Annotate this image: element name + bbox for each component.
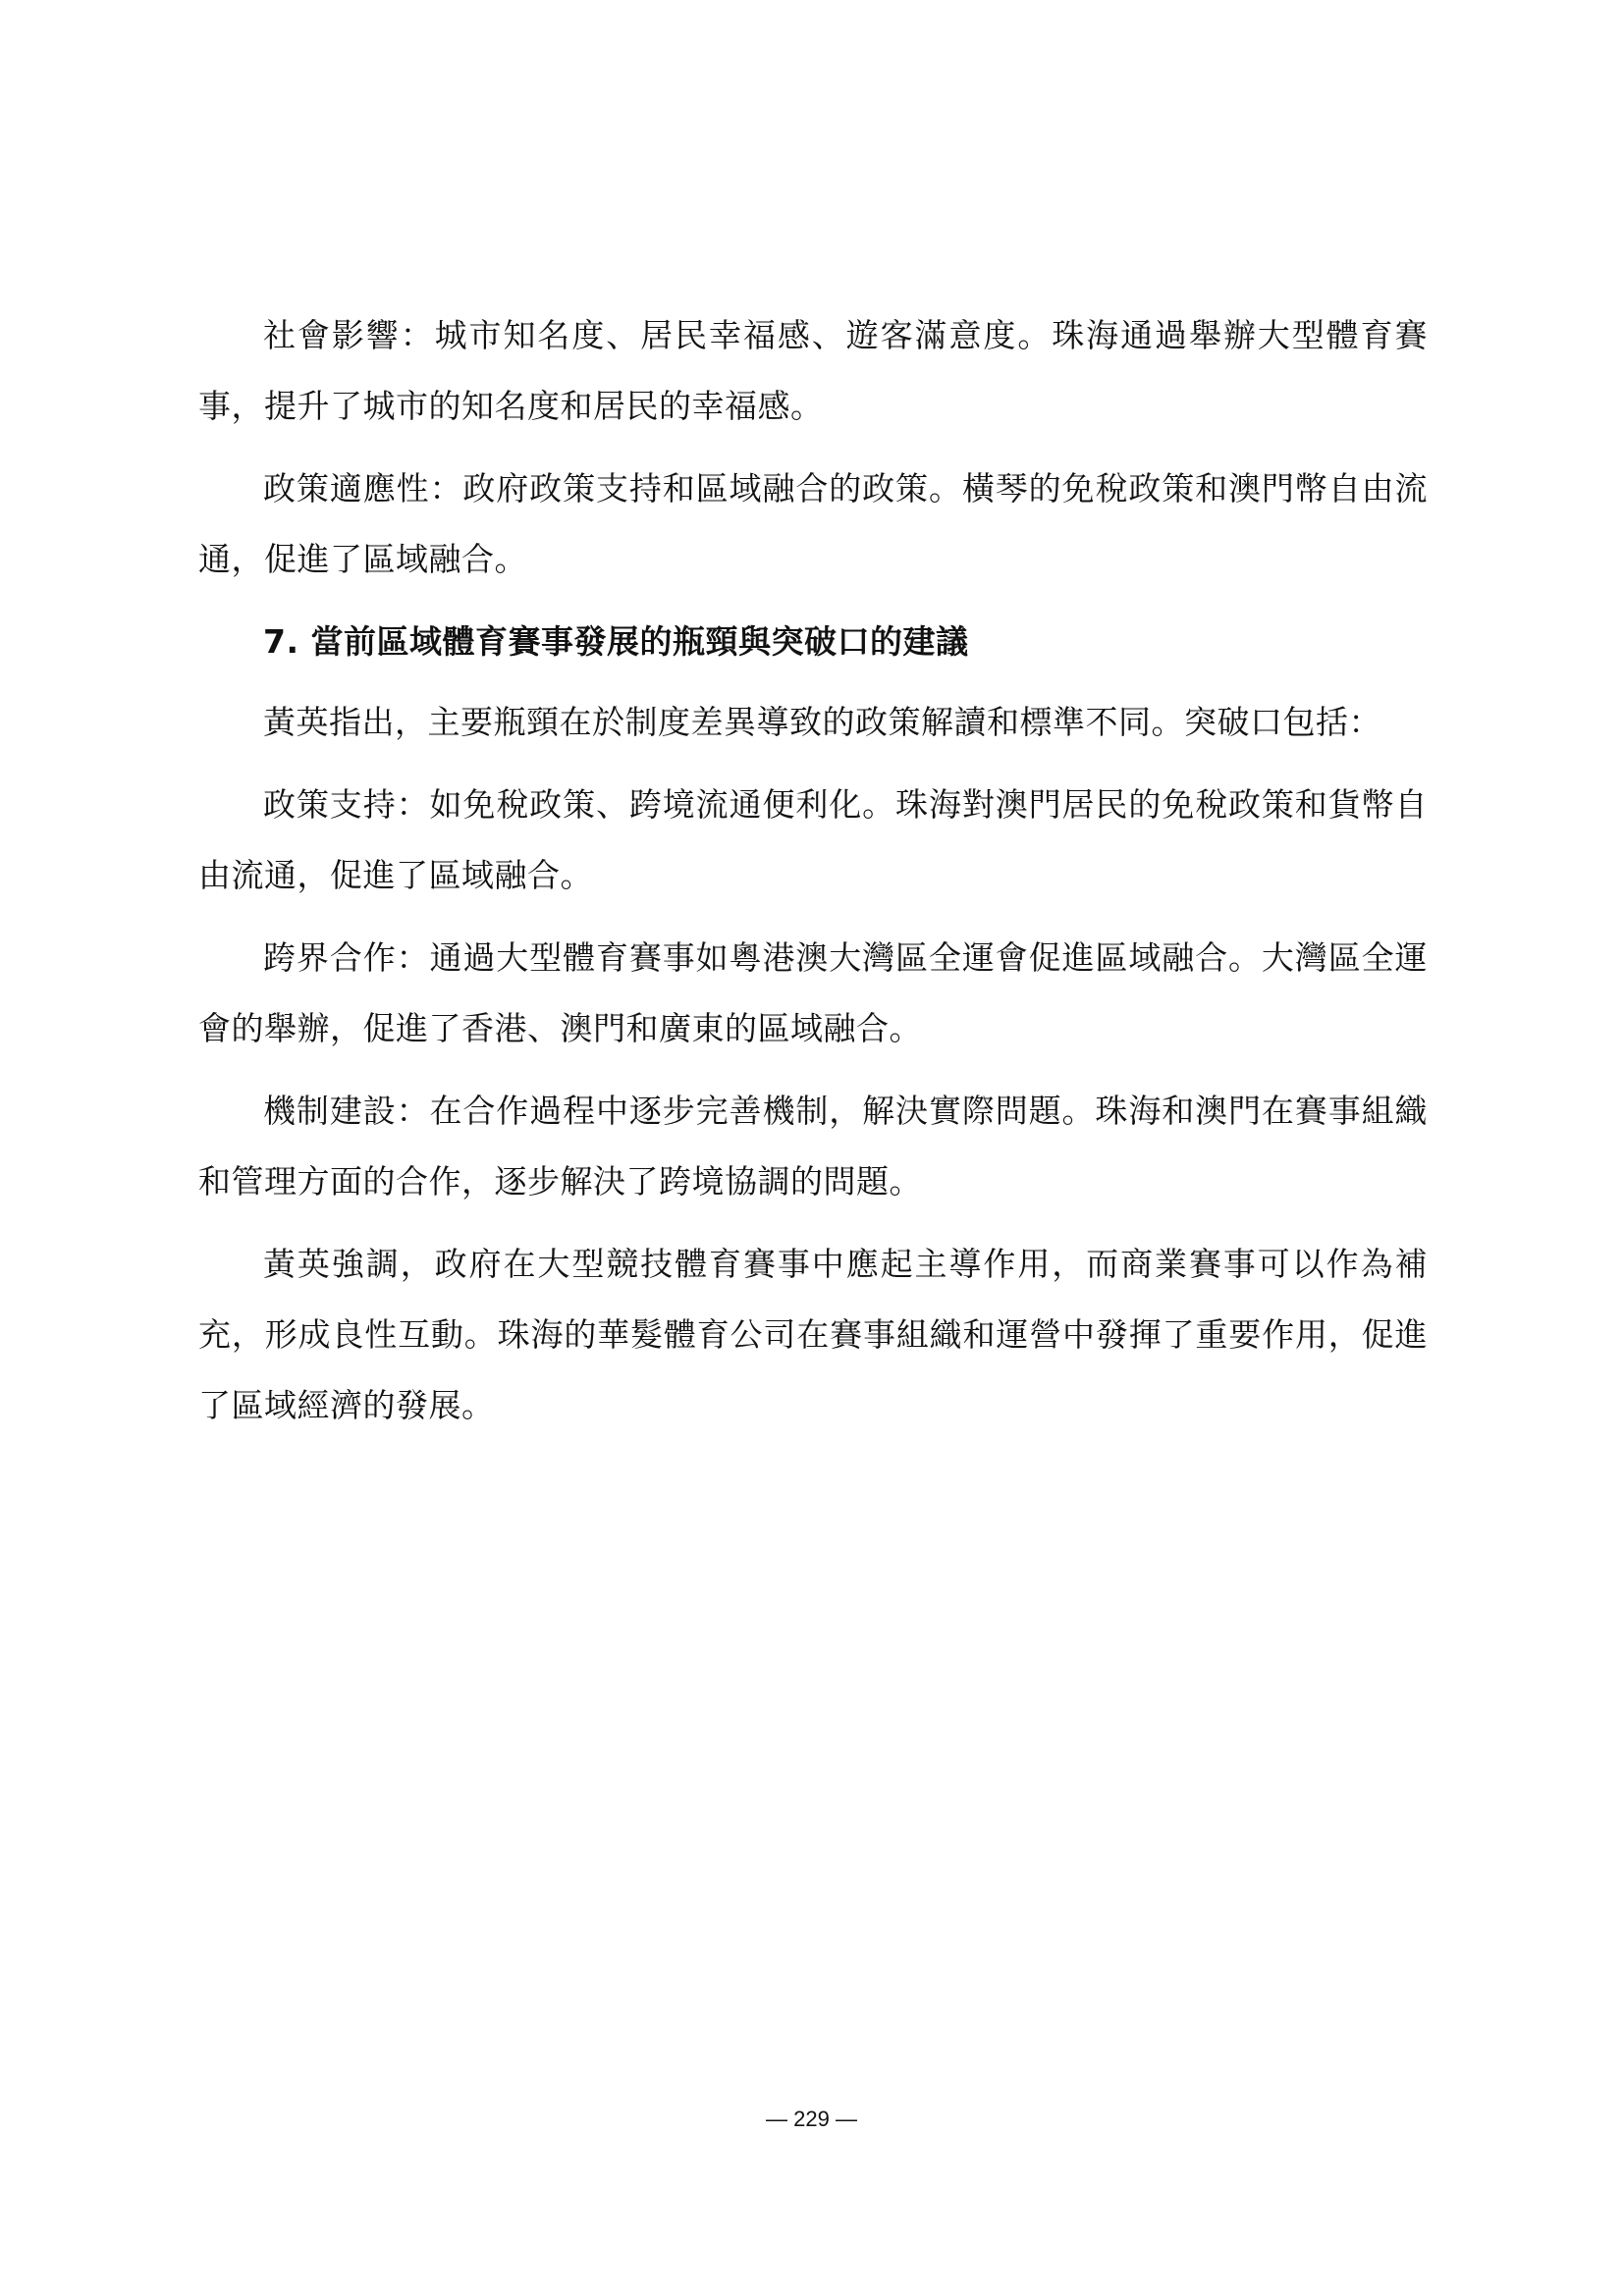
page-number: — 229 — (0, 2107, 1623, 2132)
page-body: 社會影響：城市知名度、居民幸福感、遊客滿意度。珠海通過舉辦大型體育賽事，提升了城… (198, 300, 1428, 1453)
paragraph-mechanism-building: 機制建設：在合作過程中逐步完善機制，解決實際問題。珠海和澳門在賽事組織和管理方面… (198, 1076, 1428, 1217)
document-page: 社會影響：城市知名度、居民幸福感、遊客滿意度。珠海通過舉辦大型體育賽事，提升了城… (0, 0, 1623, 2296)
paragraph-cross-border-cooperation: 跨界合作：通過大型體育賽事如粵港澳大灣區全運會促進區域融合。大灣區全運會的舉辦，… (198, 923, 1428, 1064)
paragraph-bottleneck-intro: 黃英指出，主要瓶頸在於制度差異導致的政策解讀和標準不同。突破口包括： (198, 687, 1428, 758)
paragraph-government-role: 黃英強調，政府在大型競技體育賽事中應起主導作用，而商業賽事可以作為補充，形成良性… (198, 1229, 1428, 1441)
section-heading-7: 7. 當前區域體育賽事發展的瓶頸與突破口的建議 (198, 607, 1428, 677)
paragraph-policy-adaptability: 政策適應性：政府政策支持和區域融合的政策。橫琴的免稅政策和澳門幣自由流通，促進了… (198, 454, 1428, 595)
paragraph-social-impact: 社會影響：城市知名度、居民幸福感、遊客滿意度。珠海通過舉辦大型體育賽事，提升了城… (198, 300, 1428, 442)
paragraph-policy-support: 政策支持：如免稅政策、跨境流通便利化。珠海對澳門居民的免稅政策和貨幣自由流通，促… (198, 770, 1428, 911)
